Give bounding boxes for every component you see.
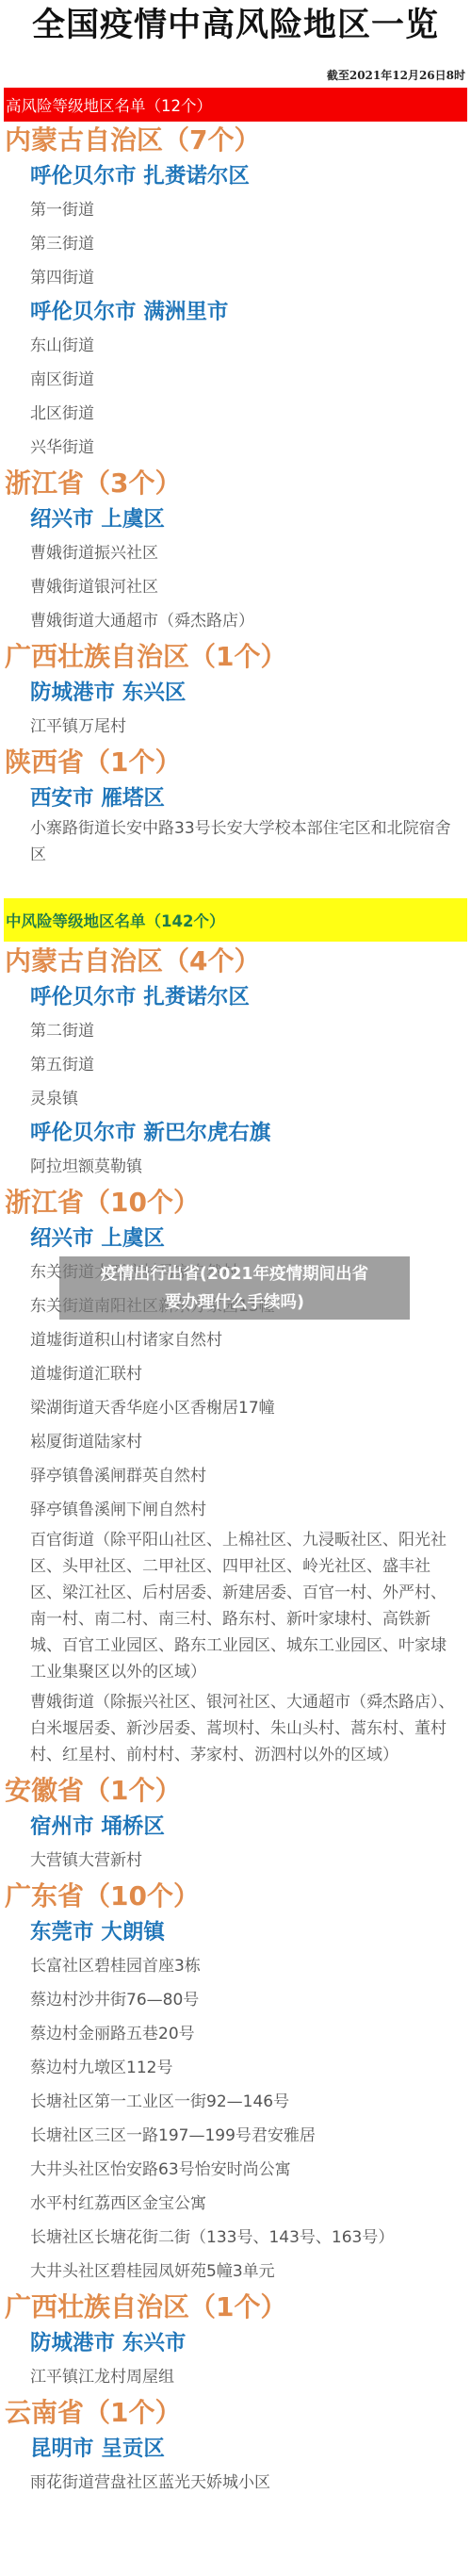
list-item: 第二街道 — [0, 1014, 471, 1048]
list-item: 曹娥街道银河社区 — [0, 570, 471, 604]
city-heading: 呼伦贝尔市 扎赉诺尔区 — [0, 980, 471, 1014]
list-item: 长塘社区长塘花街二街（133号、143号、163号） — [0, 2221, 471, 2255]
city-heading: 防城港市 东兴市 — [0, 2326, 471, 2360]
list-item: 道墟街道汇联村 — [0, 1357, 471, 1391]
high-risk-header: 高风险等级地区名单（12个） — [4, 88, 467, 122]
list-item: 百官街道（除平阳山社区、上棉社区、九浸畈社区、阳光社区、头甲社区、二甲社区、四甲… — [0, 1527, 471, 1689]
city-heading: 绍兴市 上虞区 — [0, 502, 471, 536]
list-item: 长塘社区第一工业区一街92—146号 — [0, 2085, 471, 2119]
province-heading: 内蒙古自治区（4个） — [0, 943, 471, 980]
province-heading: 广西壮族自治区（1个） — [0, 2289, 471, 2326]
province-heading: 内蒙古自治区（7个） — [0, 122, 471, 159]
caption-line-1: 疫情出行出省(2021年疫情期间出省 — [59, 1260, 410, 1288]
city-heading: 昆明市 呈贡区 — [0, 2432, 471, 2466]
province-heading: 浙江省（10个） — [0, 1184, 471, 1222]
list-item: 小寨路街道长安中路33号长安大学校本部住宅区和北院宿舍区 — [0, 815, 471, 872]
list-item: 灵泉镇 — [0, 1082, 471, 1116]
list-item: 雨花街道营盘社区蓝光天娇城小区 — [0, 2466, 471, 2500]
city-heading: 呼伦贝尔市 满洲里市 — [0, 295, 471, 329]
caption-overlay: 疫情出行出省(2021年疫情期间出省 要办理什么手续吗) — [59, 1256, 410, 1320]
list-item: 兴华街道 — [0, 431, 471, 465]
city-heading: 西安市 雁塔区 — [0, 781, 471, 815]
list-item: 大井头社区碧桂园凤妍苑5幢3单元 — [0, 2255, 471, 2289]
province-heading: 云南省（1个） — [0, 2394, 471, 2432]
list-item: 曹娥街道（除振兴社区、银河社区、大通超市（舜杰路店）、白米堰居委、新沙居委、蒿坝… — [0, 1689, 471, 1772]
list-item: 蔡边村沙井街76—80号 — [0, 1983, 471, 2017]
list-item: 曹娥街道大通超市（舜杰路店） — [0, 604, 471, 638]
city-heading: 防城港市 东兴区 — [0, 676, 471, 710]
medium-risk-section: 内蒙古自治区（4个） 呼伦贝尔市 扎赉诺尔区 第二街道 第五街道 灵泉镇 呼伦贝… — [0, 943, 471, 2500]
list-item: 江平镇万尾村 — [0, 710, 471, 744]
list-item: 大营镇大营新村 — [0, 1844, 471, 1878]
province-heading: 广西壮族自治区（1个） — [0, 638, 471, 676]
list-item: 驿亭镇鲁溪闸下闸自然村 — [0, 1493, 471, 1527]
list-item: 北区街道 — [0, 397, 471, 431]
list-item: 江平镇江龙村周屋组 — [0, 2360, 471, 2394]
high-risk-section: 内蒙古自治区（7个） 呼伦贝尔市 扎赉诺尔区 第一街道 第三街道 第四街道 呼伦… — [0, 122, 471, 872]
list-item: 长塘社区三区一路197—199号君安雅居 — [0, 2119, 471, 2153]
city-heading: 呼伦贝尔市 新巴尔虎右旗 — [0, 1116, 471, 1150]
list-item: 第四街道 — [0, 261, 471, 295]
list-item: 蔡边村金丽路五巷20号 — [0, 2017, 471, 2051]
list-item: 第一街道 — [0, 193, 471, 227]
list-item: 东山街道 — [0, 329, 471, 363]
list-item: 大井头社区怡安路63号怡安时尚公寓 — [0, 2153, 471, 2187]
city-heading: 绍兴市 上虞区 — [0, 1222, 471, 1255]
list-item: 蔡边村九墩区112号 — [0, 2051, 471, 2085]
city-heading: 呼伦贝尔市 扎赉诺尔区 — [0, 159, 471, 193]
list-item: 驿亭镇鲁溪闸群英自然村 — [0, 1459, 471, 1493]
as-of-date: 截至2021年12月26日8时 — [327, 67, 465, 83]
medium-risk-header: 中风险等级地区名单（142个） — [4, 898, 467, 942]
province-heading: 浙江省（3个） — [0, 465, 471, 502]
city-heading: 宿州市 埇桥区 — [0, 1810, 471, 1844]
province-heading: 陕西省（1个） — [0, 744, 471, 781]
city-heading: 东莞市 大朗镇 — [0, 1915, 471, 1949]
list-item: 道墟街道积山村诸家自然村 — [0, 1323, 471, 1357]
list-item: 梁湖街道天香华庭小区香榭居17幢 — [0, 1391, 471, 1425]
province-heading: 安徽省（1个） — [0, 1772, 471, 1810]
list-item: 崧厦街道陆家村 — [0, 1425, 471, 1459]
list-item: 第三街道 — [0, 227, 471, 261]
list-item: 第五街道 — [0, 1048, 471, 1082]
page-title: 全国疫情中高风险地区一览 — [0, 4, 471, 47]
list-item: 长富社区碧桂园首座3栋 — [0, 1949, 471, 1983]
list-item: 南区街道 — [0, 363, 471, 397]
list-item: 曹娥街道振兴社区 — [0, 536, 471, 570]
list-item: 水平村红荔西区金宝公寓 — [0, 2187, 471, 2221]
list-item: 阿拉坦额莫勒镇 — [0, 1150, 471, 1184]
province-heading: 广东省（10个） — [0, 1878, 471, 1915]
caption-line-2: 要办理什么手续吗) — [59, 1288, 410, 1317]
